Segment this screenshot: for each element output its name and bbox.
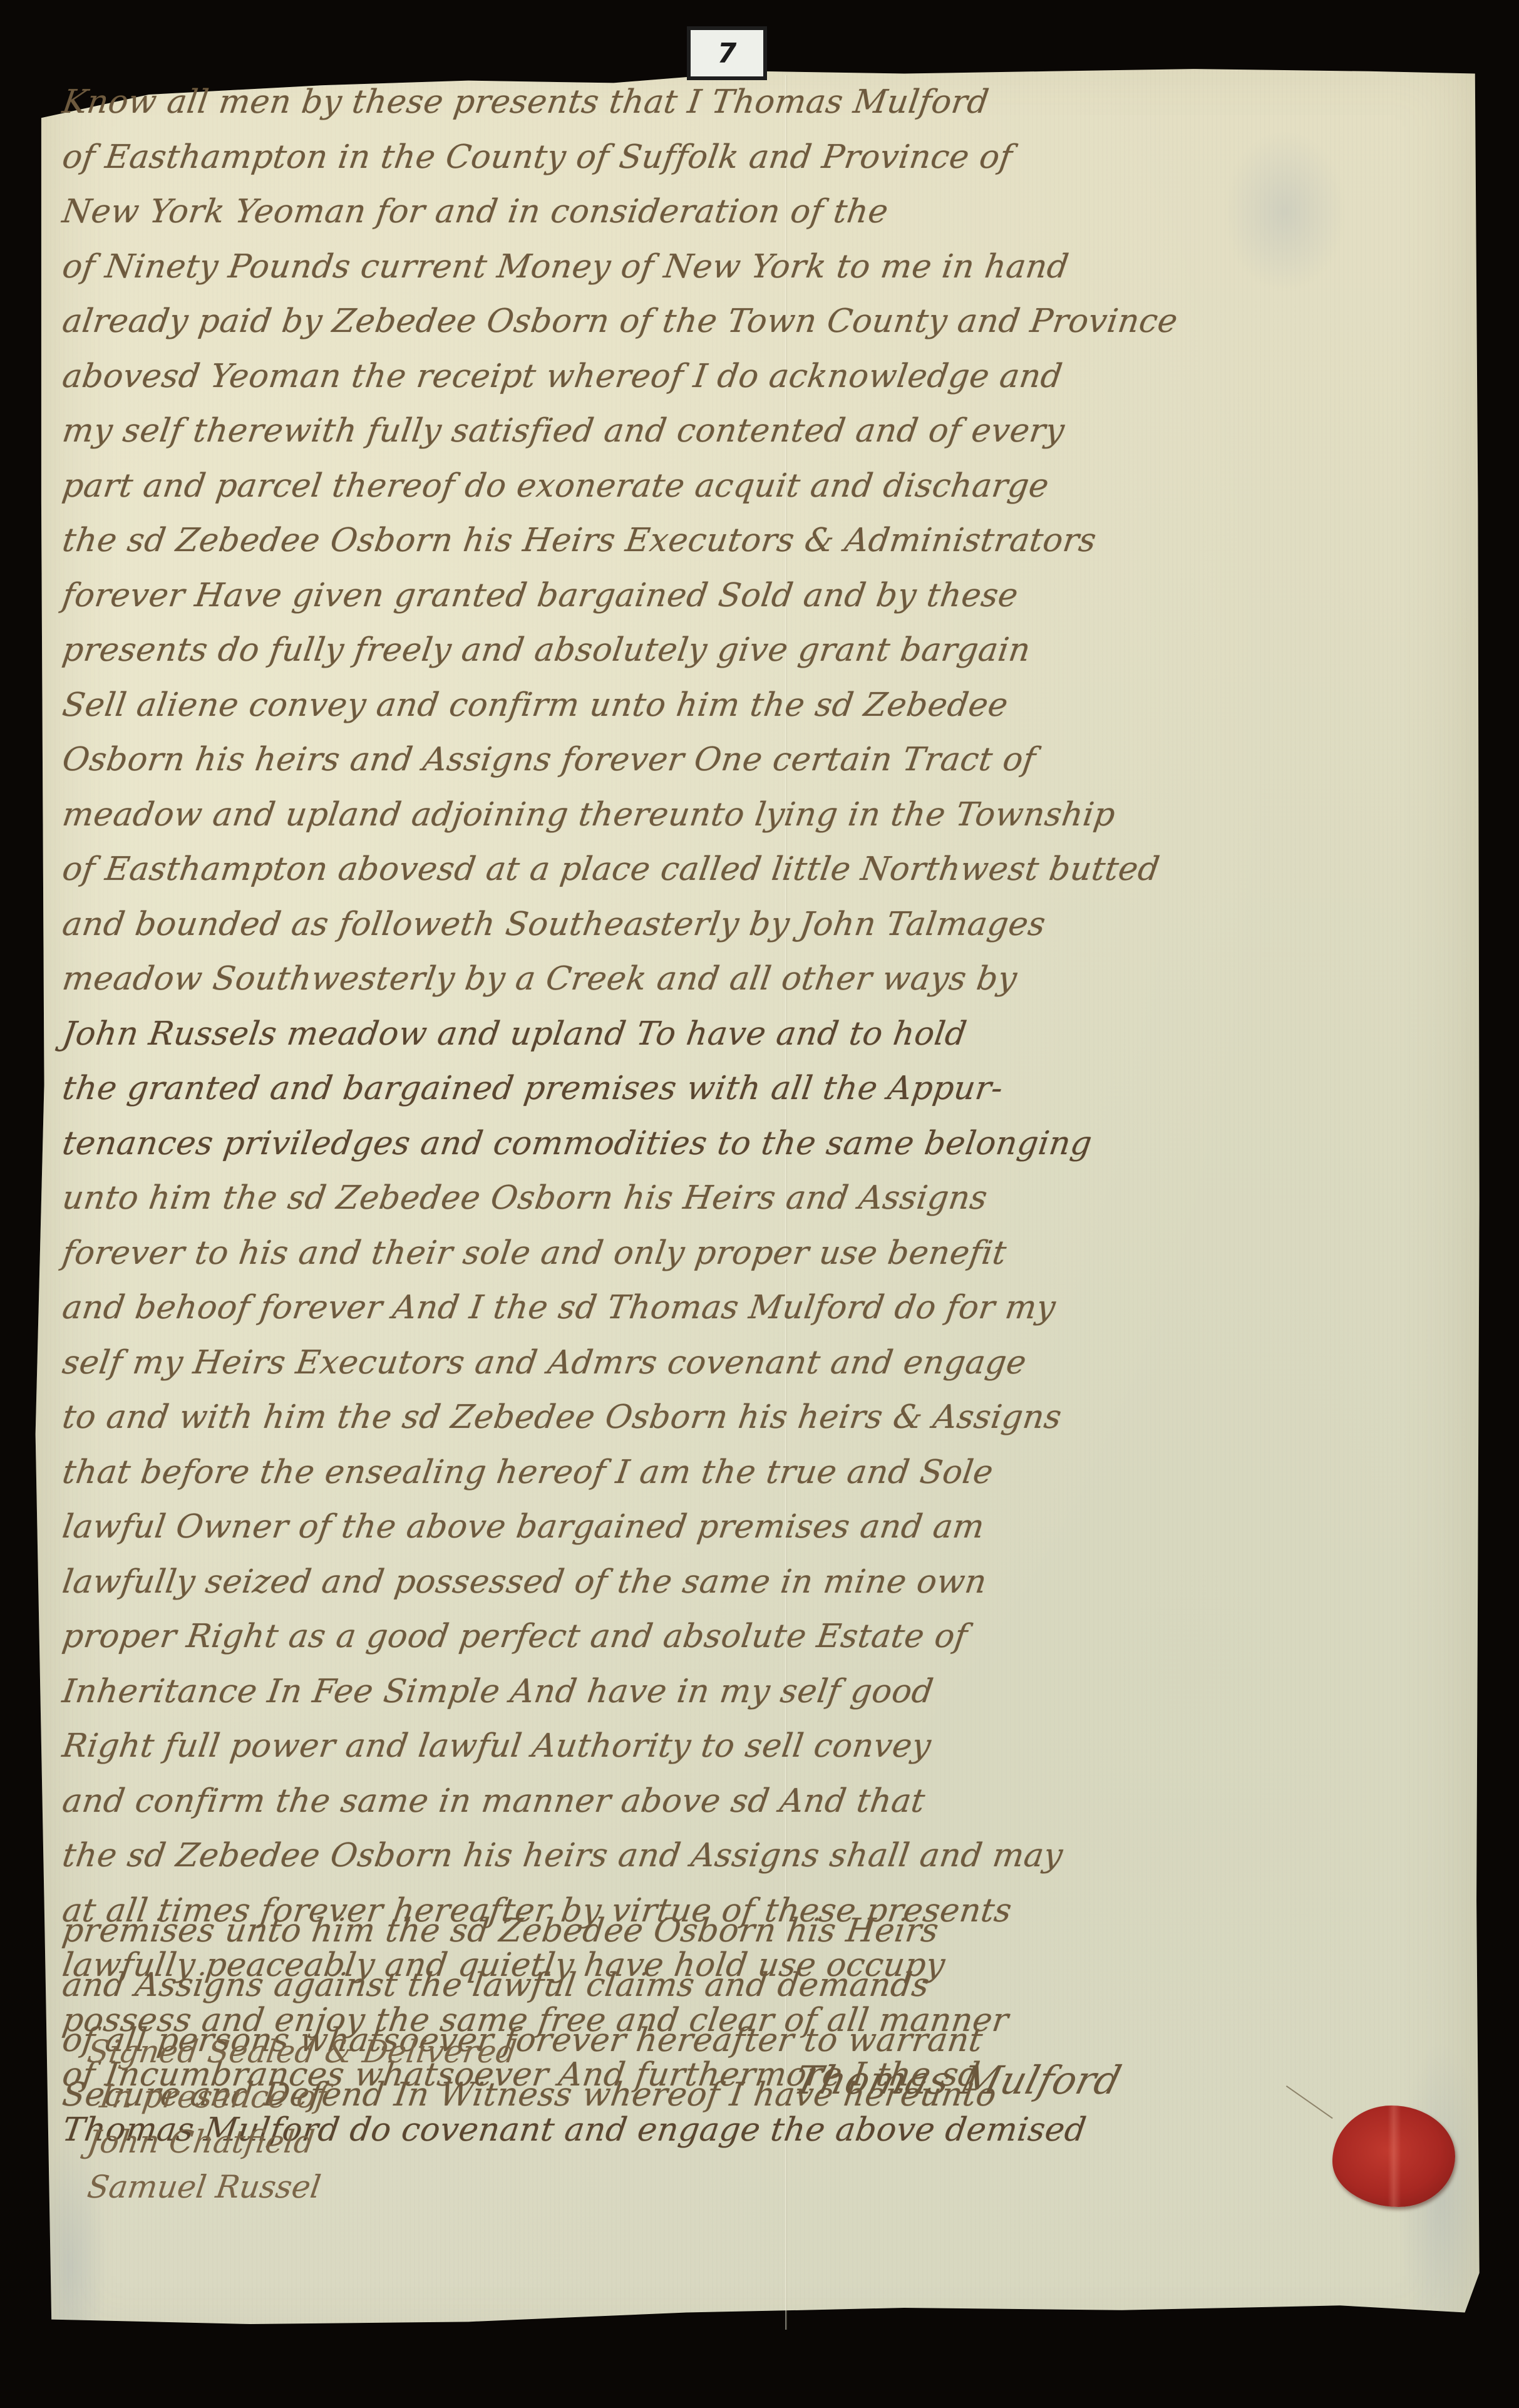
deed-line: of Easthampton in the County of Suffolk … — [59, 130, 1469, 185]
attestation-block: premises unto him the sd Zebedee Osborn … — [63, 1904, 1465, 1959]
wax-seal-icon — [1332, 2106, 1455, 2207]
deed-line: already paid by Zebedee Osborn of the To… — [59, 294, 1469, 349]
page-number: 7 — [718, 38, 737, 70]
signed-sealed-delivered: Signed Sealed & Delivered — [85, 2029, 520, 2074]
deed-line: and bounded as followeth Southeasterly b… — [59, 897, 1469, 953]
deed-line: to and with him the sd Zebedee Osborn hi… — [59, 1390, 1469, 1445]
deed-line: Inheritance In Fee Simple And have in my… — [59, 1665, 1469, 1720]
in-presence-of: In presence of — [85, 2074, 520, 2119]
deed-line: Osborn his heirs and Assigns forever One… — [59, 733, 1469, 788]
deed-line: tenances priviledges and commodities to … — [59, 1117, 1469, 1172]
deed-line: Know all men by these presents that I Th… — [59, 75, 1469, 130]
deed-line: self my Heirs Executors and Admrs covena… — [59, 1336, 1469, 1391]
deed-line: proper Right as a good perfect and absol… — [59, 1610, 1469, 1665]
deed-line: of Easthampton abovesd at a place called… — [59, 842, 1469, 897]
deed-line: John Russels meadow and upland To have a… — [59, 1007, 1469, 1062]
deed-line: of Ninety Pounds current Money of New Yo… — [59, 240, 1469, 295]
deed-line: premises unto him the sd Zebedee Osborn … — [59, 1904, 1469, 1959]
deed-line: and behoof forever And I the sd Thomas M… — [59, 1281, 1469, 1336]
signing-block: Signed Sealed & Delivered In presence of… — [88, 2029, 516, 2209]
deed-line: the sd Zebedee Osborn his Heirs Executor… — [59, 514, 1469, 569]
deed-line: lawful Owner of the above bargained prem… — [59, 1500, 1469, 1555]
deed-line: the granted and bargained premises with … — [59, 1062, 1469, 1117]
deed-line: forever to his and their sole and only p… — [59, 1226, 1469, 1281]
deed-line: forever Have given granted bargained Sol… — [59, 569, 1469, 624]
deed-line: the sd Zebedee Osborn his heirs and Assi… — [59, 1829, 1469, 1884]
deed-line: and Assigns against the lawful claims an… — [59, 1958, 1000, 2013]
deed-body-text: Know all men by these presents that I Th… — [63, 75, 1465, 2157]
deed-line: meadow and upland adjoining thereunto ly… — [59, 788, 1469, 843]
deed-line: my self therewith fully satisfied and co… — [59, 404, 1469, 459]
deed-line: unto him the sd Zebedee Osborn his Heirs… — [59, 1171, 1469, 1226]
deed-line: Sell aliene convey and confirm unto him … — [59, 678, 1469, 733]
witness-signature: Samuel Russel — [85, 2164, 520, 2209]
deed-line: that before the ensealing hereof I am th… — [59, 1445, 1469, 1501]
deed-line: New York Yeoman for and in consideration… — [59, 185, 1469, 240]
deed-line: presents do fully freely and absolutely … — [59, 623, 1469, 678]
deed-line: part and parcel thereof do exonerate acq… — [59, 459, 1469, 514]
deed-line: Right full power and lawful Authority to… — [59, 1719, 1469, 1774]
grantor-signature: Thomas Mulford — [790, 2057, 1126, 2103]
deed-line: meadow Southwesterly by a Creek and all … — [59, 952, 1469, 1007]
deed-line: and confirm the same in manner above sd … — [59, 1774, 1469, 1829]
deed-line: lawfully seized and possessed of the sam… — [59, 1555, 1469, 1610]
page-number-label: 7 — [687, 26, 767, 80]
witness-signature: John Chatfield — [85, 2119, 520, 2164]
deed-line: abovesd Yeoman the receipt whereof I do … — [59, 349, 1469, 405]
